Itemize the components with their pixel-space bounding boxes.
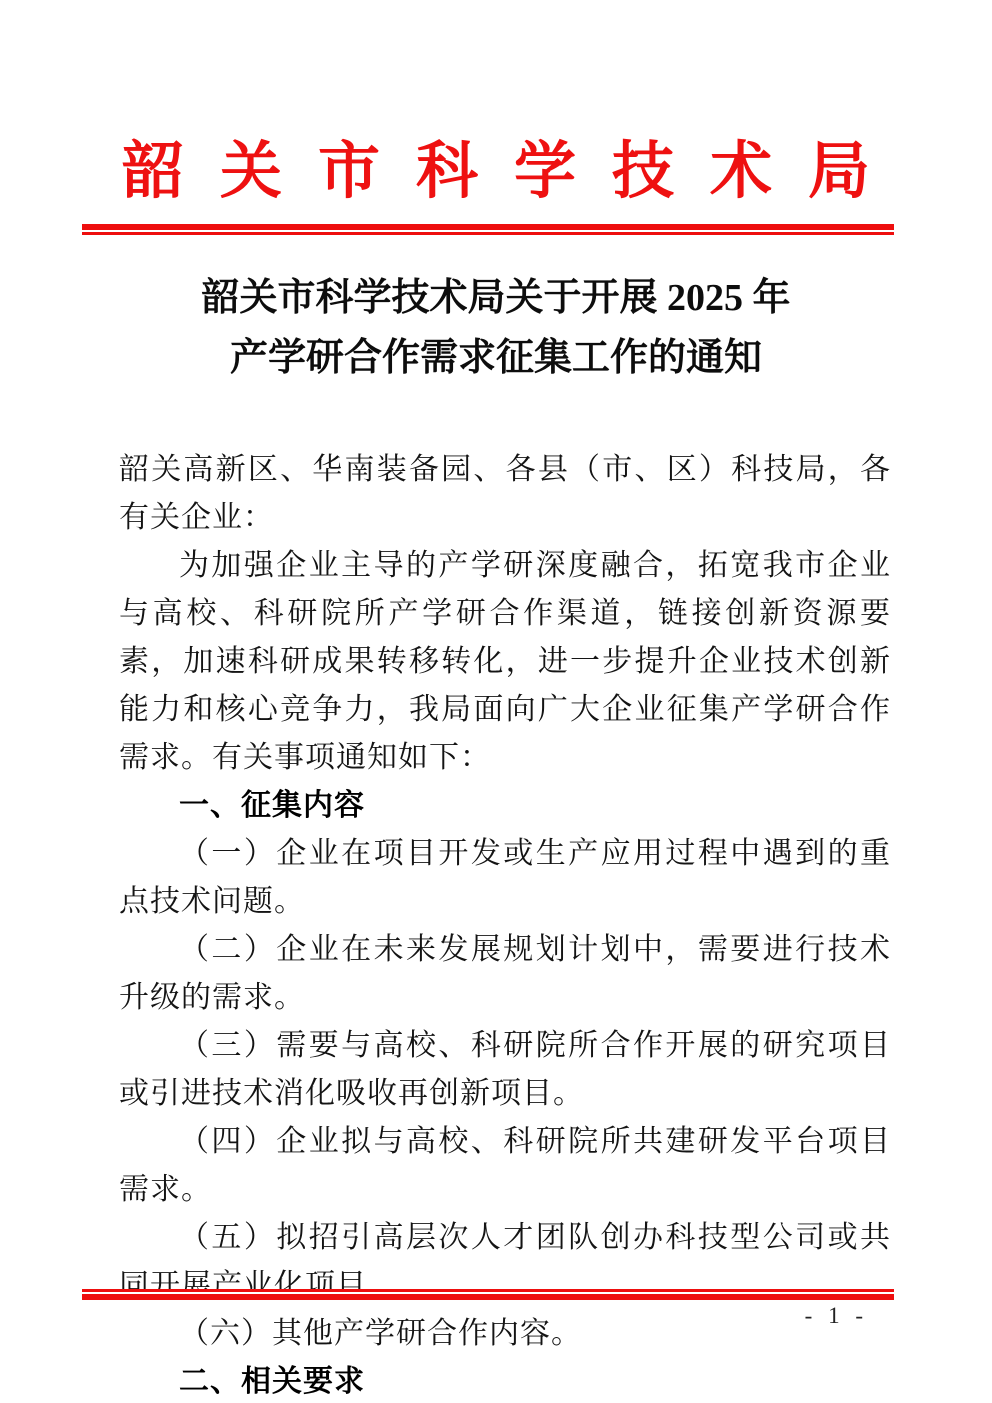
document-title-line2: 产学研合作需求征集工作的通知	[0, 328, 992, 388]
document-title-line1: 韶关市科学技术局关于开展 2025 年	[0, 268, 992, 328]
section2-heading: 二、相关要求	[119, 1358, 891, 1403]
salutation: 韶关高新区、华南装备园、各县（市、区）科技局，各有关企业：	[119, 446, 891, 542]
item-paragraph-2: （二）企业在未来发展规划计划中，需要进行技术升级的需求。	[119, 926, 891, 1022]
letterhead-agency-name: 韶关市科学技术局	[122, 136, 906, 208]
footer-double-rule	[82, 1289, 894, 1300]
page-number: - 1 -	[805, 1303, 868, 1329]
letterhead: 韶关市科学技术局	[0, 136, 992, 208]
intro-paragraph: 为加强企业主导的产学研深度融合，拓宽我市企业与高校、科研院所产学研合作渠道，链接…	[119, 542, 891, 782]
rule-thin-bar	[82, 232, 894, 235]
rule-thick-bar	[82, 1294, 894, 1300]
item-paragraph-4: （四）企业拟与高校、科研院所共建研发平台项目需求。	[119, 1118, 891, 1214]
document-body: 韶关高新区、华南装备园、各县（市、区）科技局，各有关企业： 为加强企业主导的产学…	[119, 446, 891, 1403]
item-paragraph-1: （一）企业在项目开发或生产应用过程中遇到的重点技术问题。	[119, 830, 891, 926]
item-paragraph-3: （三）需要与高校、科研院所合作开展的研究项目或引进技术消化吸收再创新项目。	[119, 1022, 891, 1118]
letterhead-double-rule	[82, 224, 894, 235]
item-paragraph-6: （六）其他产学研合作内容。	[119, 1310, 891, 1358]
section1-heading: 一、征集内容	[119, 782, 891, 830]
document-title: 韶关市科学技术局关于开展 2025 年 产学研合作需求征集工作的通知	[0, 268, 992, 388]
document-page: 韶关市科学技术局 韶关市科学技术局关于开展 2025 年 产学研合作需求征集工作…	[0, 0, 992, 1403]
